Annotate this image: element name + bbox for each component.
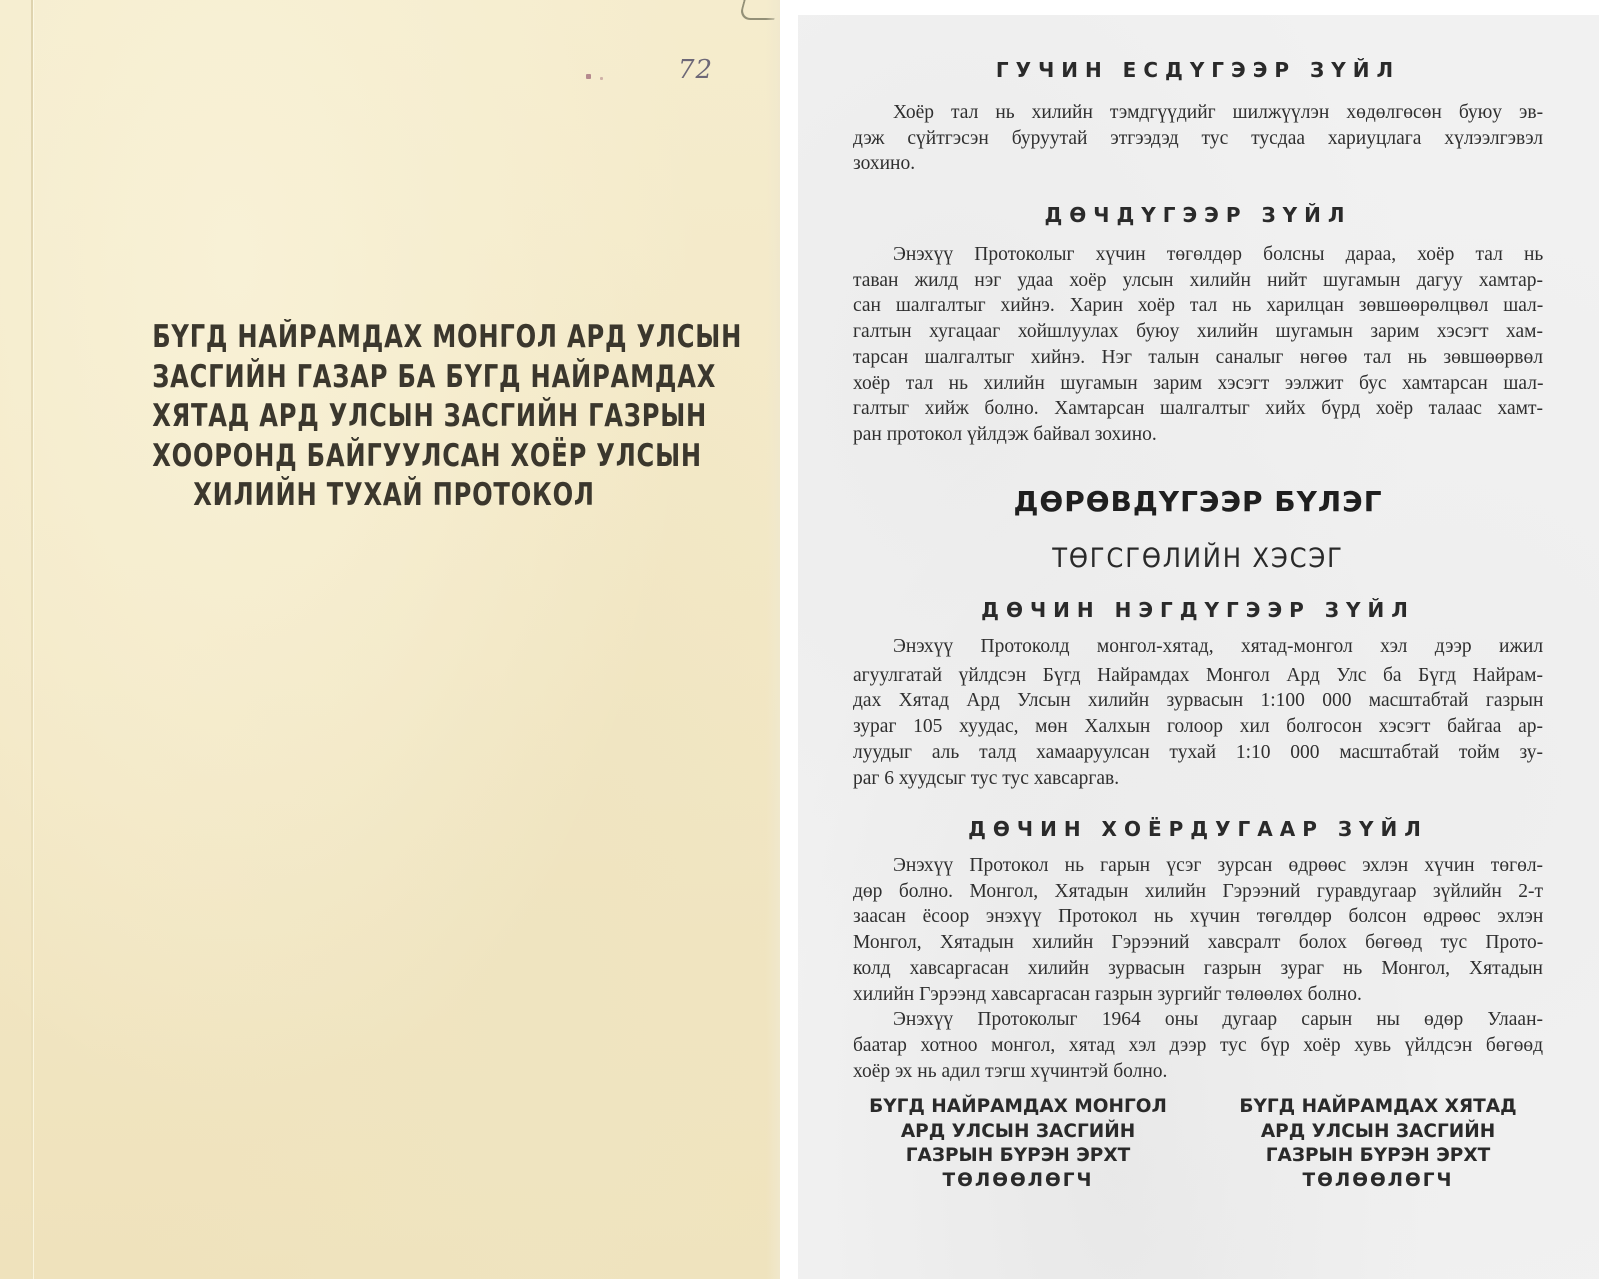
page-edge (766, 0, 780, 1279)
paragraph-line: тарсан шалгалтыг хийнэ. Нэг талын саналы… (853, 345, 1543, 371)
signature-block-china: БҮГД НАЙРАМДАХ ХЯТАД АРД УЛСЫН ЗАСГИЙН Г… (1213, 1095, 1543, 1193)
paragraph-line: Хоёр тал нь хилийн тэмдгүүдийг шилжүүлэн… (853, 100, 1543, 126)
signature-line: АРД УЛСЫН ЗАСГИЙН (1213, 1120, 1543, 1145)
cover-title-line: ХИЛИЙН ТУХАЙ ПРОТОКОЛ (152, 476, 636, 516)
article-42-paragraph: Энэхүү Протокол нь гарын үсэг зурсан өдр… (853, 853, 1543, 1084)
paragraph-line: Энэхүү Протоколд монгол-хятад, хятад-мон… (853, 634, 1543, 660)
article-39-heading: ГУЧИН ЕСДҮГЭЭР ЗҮЙЛ (853, 58, 1543, 82)
paragraph-line: галтыг хийж болно. Хамтарсан шалгалтыг х… (853, 396, 1543, 422)
paragraph-line: сан шалгалтыг хийнэ. Харин хоёр тал нь х… (853, 293, 1543, 319)
signature-line: АРД УЛСЫН ЗАСГИЙН (853, 1120, 1183, 1145)
paragraph-line: Энэхүү Протоколыг 1964 оны дугаар сарын … (853, 1007, 1543, 1033)
paragraph-line: агуулгатай үйлдсэн Бүгд Найрамдах Монгол… (853, 663, 1543, 689)
handwritten-page-number: 72 (678, 55, 713, 85)
text-page: ГУЧИН ЕСДҮГЭЭР ЗҮЙЛ Хоёр тал нь хилийн т… (798, 15, 1599, 1279)
stamp-marks (586, 74, 608, 82)
paragraph-line: хоёр тал нь хилийн шугамын зарим хэсэгт … (853, 371, 1543, 397)
signature-line: БҮГД НАЙРАМДАХ ХЯТАД (1213, 1095, 1543, 1120)
paragraph-line: баатар хотноо монгол, хятад хэл дээр тус… (853, 1033, 1543, 1059)
article-41-heading: ДӨЧИН НЭГДҮГЭЭР ЗҮЙЛ (853, 598, 1543, 622)
paragraph-line: галтын хугацааг хойшлуулах буюу хилийн ш… (853, 319, 1543, 345)
paragraph-line: таван жилд нэг удаа хоёр улсын хилийн ни… (853, 268, 1543, 294)
article-40-heading: ДӨЧДҮГЭЭР ЗҮЙЛ (853, 203, 1543, 227)
article-39-paragraph: Хоёр тал нь хилийн тэмдгүүдийг шилжүүлэн… (853, 100, 1543, 177)
cover-title-line: ЗАСГИЙН ГАЗАР БА БҮГД НАЙРАМДАХ (152, 358, 636, 398)
signature-blocks: БҮГД НАЙРАМДАХ МОНГОЛ АРД УЛСЫН ЗАСГИЙН … (853, 1095, 1543, 1193)
signature-block-mongolia: БҮГД НАЙРАМДАХ МОНГОЛ АРД УЛСЫН ЗАСГИЙН … (853, 1095, 1183, 1193)
article-42-heading: ДӨЧИН ХОЁРДУГААР ЗҮЙЛ (853, 817, 1543, 841)
fold-crease (31, 0, 33, 1279)
document-spread: 72 БҮГД НАЙРАМДАХ МОНГОЛ АРД УЛСЫН ЗАСГИ… (0, 0, 1599, 1279)
paragraph-line: Монгол, Хятадын хилийн Гэрээний хавсралт… (853, 930, 1543, 956)
paragraph-line: Энэхүү Протоколыг хүчин төгөлдөр болсны … (853, 242, 1543, 268)
paragraph-line: хоёр эх нь адил тэгш хүчинтэй болно. (853, 1059, 1543, 1085)
cover-title-line: БҮГД НАЙРАМДАХ МОНГОЛ АРД УЛСЫН (152, 318, 636, 358)
chapter-subtitle: ТӨГСГӨЛИЙН ХЭСЭГ (888, 543, 1509, 574)
signature-line: БҮГД НАЙРАМДАХ МОНГОЛ (853, 1095, 1183, 1120)
paragraph-line: Энэхүү Протокол нь гарын үсэг зурсан өдр… (853, 853, 1543, 879)
paragraph-line: дэж сүйтгэсэн буруутай этгээдэд тус тусд… (853, 126, 1543, 152)
paragraph-line: заасан ёсоор энэхүү Протокол нь хүчин тө… (853, 904, 1543, 930)
article-41-paragraph: Энэхүү Протоколд монгол-хятад, хятад-мон… (853, 634, 1543, 791)
paragraph-line: колд хавсаргасан хилийн зурвасын газрын … (853, 956, 1543, 982)
paragraph-line: ран протокол үйлдэж байвал зохино. (853, 422, 1543, 448)
signature-line: ТӨЛӨӨЛӨГЧ (1213, 1169, 1543, 1194)
chapter-title: ДӨРӨВДҮГЭЭР БҮЛЭГ (853, 485, 1543, 518)
cover-title: БҮГД НАЙРАМДАХ МОНГОЛ АРД УЛСЫН ЗАСГИЙН … (152, 318, 636, 516)
paragraph-line: хилийн Гэрээнд хавсаргасан газрын зургий… (853, 982, 1543, 1008)
cover-page: 72 БҮГД НАЙРАМДАХ МОНГОЛ АРД УЛСЫН ЗАСГИ… (0, 0, 780, 1279)
paragraph-line: зураг 105 хуудас, мөн Халхын голоор хил … (853, 714, 1543, 740)
paragraph-line: дах Хятад Ард Улсын хилийн зурвасын 1:10… (853, 688, 1543, 714)
paragraph-line: раг 6 хуудсыг тус тус хавсаргав. (853, 766, 1543, 792)
cover-title-line: ХООРОНД БАЙГУУЛСАН ХОЁР УЛСЫН (152, 437, 636, 477)
paragraph-line: зохино. (853, 151, 1543, 177)
article-40-paragraph: Энэхүү Протоколыг хүчин төгөлдөр болсны … (853, 242, 1543, 448)
paragraph-line: дөр болно. Монгол, Хятадын хилийн Гэрээн… (853, 879, 1543, 905)
paragraph-line: луудыг аль талд хамааруулсан тухай 1:10 … (853, 740, 1543, 766)
signature-line: ГАЗРЫН БҮРЭН ЭРХТ (853, 1144, 1183, 1169)
signature-line: ТӨЛӨӨЛӨГЧ (853, 1169, 1183, 1194)
signature-line: ГАЗРЫН БҮРЭН ЭРХТ (1213, 1144, 1543, 1169)
cover-title-line: ХЯТАД АРД УЛСЫН ЗАСГИЙН ГАЗРЫН (152, 397, 636, 437)
